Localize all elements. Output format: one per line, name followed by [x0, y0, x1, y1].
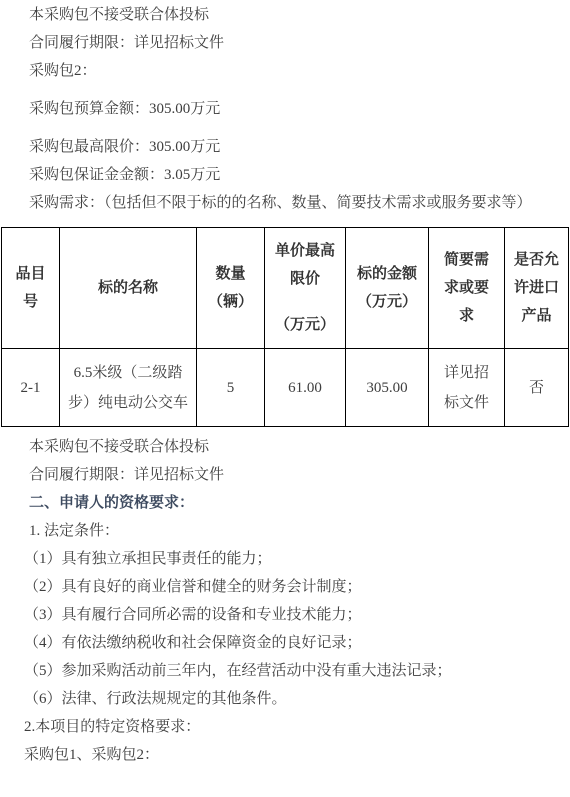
procurement-notice-document: 本采购包不接受联合体投标 合同履行期限：详见招标文件 采购包2： 采购包预算金额… [0, 0, 570, 765]
header-label: 标的名称 [68, 274, 188, 302]
qual-line-1: （1）具有独立承担民事责任的能力； [0, 549, 570, 569]
cell-subject-amount: 305.00 [346, 349, 429, 427]
header-unit: （万元） [354, 288, 420, 316]
qual-line-legal-conditions: 1. 法定条件： [0, 521, 570, 541]
table-header-row: 品目号 标的名称 数量 （辆） 单价最高限价 （万元） 标的金额 （万元 [2, 228, 569, 349]
line-no-consortium: 本采购包不接受联合体投标 [0, 5, 570, 25]
qual-line-6: （6）法律、行政法规规定的其他条件。 [0, 689, 570, 709]
header-cell-item-no: 品目号 [2, 228, 60, 349]
header-label: 标的金额 [354, 260, 420, 288]
line-contract-period: 合同履行期限：详见招标文件 [0, 33, 570, 53]
header-label: 数量 [205, 260, 256, 288]
cell-import-allowed: 否 [505, 349, 569, 427]
qual-line-4: （4）有依法缴纳税收和社会保障资金的良好记录； [0, 633, 570, 653]
header-cell-import-allowed: 是否允许进口产品 [505, 228, 569, 349]
line-contract-period-after: 合同履行期限：详见招标文件 [0, 465, 570, 485]
qual-line-3: （3）具有履行合同所必需的设备和专业技术能力； [0, 605, 570, 625]
section-heading-applicant-qualifications: 二、申请人的资格要求： [0, 493, 570, 513]
header-label: 品目号 [10, 260, 51, 316]
header-label: 单价最高限价 [273, 237, 337, 293]
header-cell-subject-amount: 标的金额 （万元） [346, 228, 429, 349]
cell-quantity: 5 [197, 349, 265, 427]
line-budget-amount: 采购包预算金额：305.00万元 [0, 99, 570, 119]
header-cell-quantity: 数量 （辆） [197, 228, 265, 349]
cell-brief-requirements: 详见招标文件 [429, 349, 505, 427]
header-unit: （万元） [273, 311, 337, 339]
qual-line-packages: 采购包1、采购包2： [0, 745, 570, 765]
table-row: 2-1 6.5米级（二级踏步）纯电动公交车 5 61.00 305.00 详见招… [2, 349, 569, 427]
cell-unit-price-cap: 61.00 [265, 349, 346, 427]
line-no-consortium-after: 本采购包不接受联合体投标 [0, 437, 570, 457]
header-cell-brief-requirements: 简要需求或要求 [429, 228, 505, 349]
qual-line-2: （2）具有良好的商业信誉和健全的财务会计制度； [0, 577, 570, 597]
line-package-2-label: 采购包2： [0, 61, 570, 81]
qual-line-specific-requirements: 2.本项目的特定资格要求： [0, 717, 570, 737]
qual-line-5: （5）参加采购活动前三年内，在经营活动中没有重大违法记录； [0, 661, 570, 681]
procurement-items-table: 品目号 标的名称 数量 （辆） 单价最高限价 （万元） 标的金额 （万元 [1, 227, 569, 427]
header-label: 是否允许进口产品 [513, 246, 560, 330]
header-cell-subject-name: 标的名称 [60, 228, 197, 349]
line-deposit-amount: 采购包保证金金额：3.05万元 [0, 165, 570, 185]
line-max-price: 采购包最高限价：305.00万元 [0, 137, 570, 157]
line-procurement-requirements: 采购需求：（包括但不限于标的的名称、数量、简要技术需求或服务要求等） [0, 193, 570, 213]
header-unit: （辆） [205, 288, 256, 316]
cell-item-no: 2-1 [2, 349, 60, 427]
header-label: 简要需求或要求 [437, 246, 496, 330]
cell-subject-name: 6.5米级（二级踏步）纯电动公交车 [60, 349, 197, 427]
header-cell-unit-price-cap: 单价最高限价 （万元） [265, 228, 346, 349]
